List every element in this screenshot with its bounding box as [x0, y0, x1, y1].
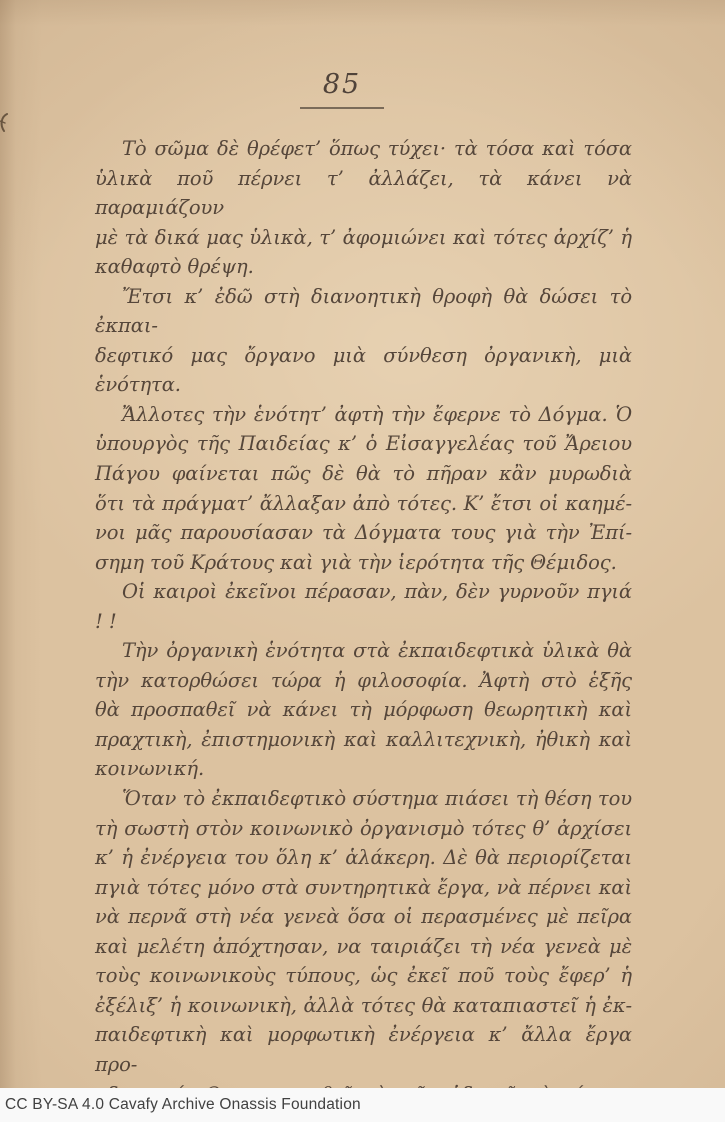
paragraph: Οἱ καιροὶ ἐκεῖνοι πέρασαν, πὰν, δὲν γυρν… — [95, 577, 632, 636]
scanned-book-page-view: 85 Τὸ σῶμα δὲ θρέφετ’ ὅπως τύχει· τὰ τόσ… — [0, 0, 725, 1122]
book-page-paper: 85 Τὸ σῶμα δὲ θρέφετ’ ὅπως τύχει· τὰ τόσ… — [0, 0, 725, 1088]
text-line: Τὴν ὀργανικὴ ἑνότητα στὰ ἐκπαιδεφτικὰ ὑλ… — [95, 636, 632, 666]
text-line: τοὺς κοινωνικοὺς τύπους, ὡς ἐκεῖ ποῦ τοὺ… — [95, 961, 632, 991]
text-line: ὑλικὰ ποῦ πέρνει τ’ ἀλλάζει, τὰ κάνει νὰ… — [95, 164, 632, 223]
paragraph: Τὴν ὀργανικὴ ἑνότητα στὰ ἐκπαιδεφτικὰ ὑλ… — [95, 636, 632, 784]
text-line: τὴν κατορθώσει τώρα ἡ φιλοσοφία. Ἀφτὴ στ… — [95, 666, 632, 696]
text-line: πραχτικὴ, ἐπιστημονικὴ καὶ καλλιτεχνικὴ,… — [95, 725, 632, 755]
text-line: τὴ σωστὴ στὸν κοινωνικὸ ὀργανισμὸ τότες … — [95, 814, 632, 844]
text-line: Ἔτσι κ’ ἐδῶ στὴ διανοητικὴ θροφὴ θὰ δώσε… — [95, 282, 632, 341]
page-header: 85 — [296, 70, 388, 109]
license-bar: CC BY-SA 4.0 Cavafy Archive Onassis Foun… — [0, 1088, 725, 1122]
page-number-rule — [300, 107, 384, 109]
text-line: ἐξέλιξ’ ἡ κοινωνικὴ, ἀλλὰ τότες θὰ καταπ… — [95, 991, 632, 1021]
license-text: CC BY-SA 4.0 Cavafy Archive Onassis Foun… — [5, 1096, 361, 1114]
page-text: Τὸ σῶμα δὲ θρέφετ’ ὅπως τύχει· τὰ τόσα κ… — [95, 134, 632, 1109]
text-line: Ἄλλοτες τὴν ἑνότητ’ ἀφτὴ τὴν ἔφερνε τὸ Δ… — [95, 400, 632, 430]
text-line: καθαφτὸ θρέψη. — [95, 252, 632, 282]
text-line: Ὅταν τὸ ἐκπαιδεφτικὸ σύστημα πιάσει τὴ θ… — [95, 784, 632, 814]
text-line: παιδεφτικὴ καὶ μορφωτικὴ ἐνέργεια κ’ ἄλλ… — [95, 1020, 632, 1079]
text-line: δεφτικό μας ὄργανο μιὰ σύνθεση ὀργανικὴ,… — [95, 341, 632, 400]
text-line: καὶ μελέτη ἀπόχτησαν, να ταιριάζει τὴ νέ… — [95, 932, 632, 962]
text-line: ὅτι τὰ πράγματ’ ἄλλαξαν ἀπὸ τότες. Κ’ ἔτ… — [95, 489, 632, 519]
paragraph: Τὸ σῶμα δὲ θρέφετ’ ὅπως τύχει· τὰ τόσα κ… — [95, 134, 632, 282]
margin-ink-mark — [0, 111, 10, 135]
text-line: Πάγου φαίνεται πῶς δὲ θὰ τὸ πῆραν κἂν μυ… — [95, 459, 632, 489]
text-line: Τὸ σῶμα δὲ θρέφετ’ ὅπως τύχει· τὰ τόσα κ… — [95, 134, 632, 164]
text-line: σημη τοῦ Κράτους καὶ γιὰ τὴν ἱερότητα τῆ… — [95, 548, 632, 578]
text-line: θὰ προσπαθεῖ νὰ κάνει τὴ μόρφωση θεωρητι… — [95, 695, 632, 725]
text-line: πγιὰ τότες μόνο στὰ συντηρητικὰ ἔργα, νὰ… — [95, 873, 632, 903]
text-line: κ’ ἡ ἐνέργεια του ὅλη κ’ ἁλάκερη. Δὲ θὰ … — [95, 843, 632, 873]
paragraph: Ἄλλοτες τὴν ἑνότητ’ ἀφτὴ τὴν ἔφερνε τὸ Δ… — [95, 400, 632, 577]
paragraph: Ὅταν τὸ ἐκπαιδεφτικὸ σύστημα πιάσει τὴ θ… — [95, 784, 632, 1109]
text-line: νὰ περνᾶ στὴ νέα γενεὰ ὅσα οἱ περασμένες… — [95, 902, 632, 932]
text-line: νοι μᾶς παρουσίασαν τὰ Δόγματα τους γιὰ … — [95, 518, 632, 548]
text-line: ὑπουργὸς τῆς Παιδείας κ’ ὁ Εἰσαγγελέας τ… — [95, 429, 632, 459]
paragraph: Ἔτσι κ’ ἐδῶ στὴ διανοητικὴ θροφὴ θὰ δώσε… — [95, 282, 632, 400]
page-number: 85 — [296, 70, 388, 100]
text-line: Οἱ καιροὶ ἐκεῖνοι πέρασαν, πὰν, δὲν γυρν… — [95, 577, 632, 636]
text-line: μὲ τὰ δικά μας ὑλικὰ, τ’ ἀφομιώνει καὶ τ… — [95, 223, 632, 253]
text-line: κοινωνική. — [95, 754, 632, 784]
